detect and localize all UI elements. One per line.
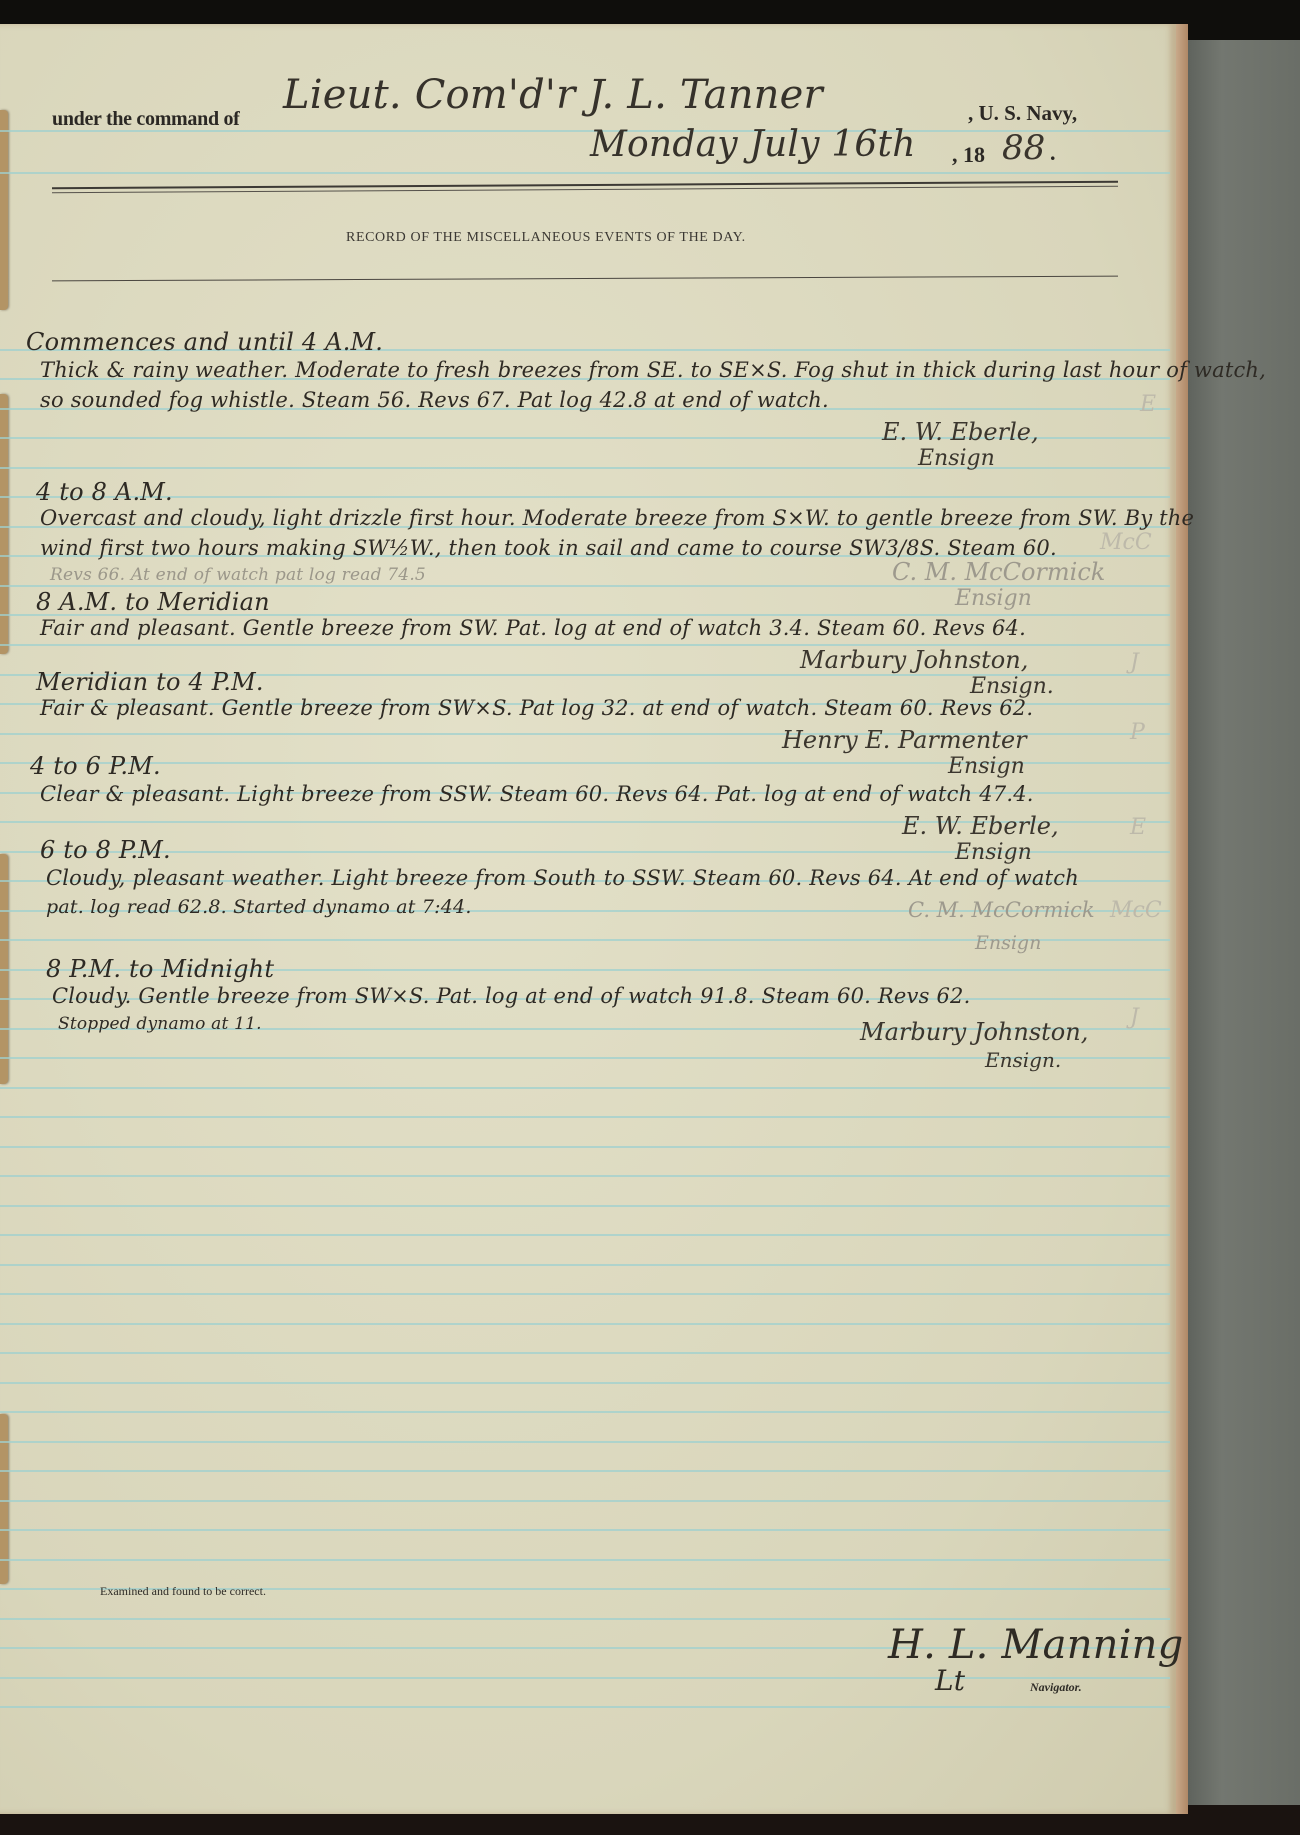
log-line: Clear & pleasant. Light breeze from SSW.… <box>40 782 1034 806</box>
log-line-faint: Revs 66. At end of watch pat log read 74… <box>50 565 426 585</box>
ruled-line <box>0 1559 1170 1561</box>
log-line: so sounded fog whistle. Steam 56. Revs 6… <box>40 388 829 412</box>
log-line: wind first two hours making SW½W., then … <box>40 536 1057 560</box>
year-prefix: , 18 <box>952 142 985 168</box>
ruled-line <box>0 1470 1170 1472</box>
officer-signature: Henry E. Parmenter <box>782 726 1027 754</box>
margin-initial: J <box>1130 1005 1139 1030</box>
ruled-line <box>0 1677 1170 1679</box>
page-edge <box>1176 24 1188 1814</box>
watch-period: 8 P.M. to Midnight <box>46 955 274 983</box>
ruled-line <box>0 172 1170 174</box>
officer-rank: Ensign. <box>985 1048 1061 1072</box>
margin-initial: P <box>1130 720 1145 745</box>
officer-signature: E. W. Eberle, <box>902 812 1059 840</box>
watch-period: Meridian to 4 P.M. <box>36 668 264 696</box>
book-back-cover <box>1188 40 1300 1835</box>
ruled-line <box>0 1441 1170 1443</box>
log-date: Monday July 16th <box>590 124 916 165</box>
ruled-line <box>0 1234 1170 1236</box>
margin-initial: E <box>1140 392 1156 417</box>
date-period: . <box>1050 140 1056 166</box>
officer-signature: C. M. McCormick <box>892 558 1105 586</box>
officer-rank: Ensign <box>948 754 1025 779</box>
log-line: Overcast and cloudy, light drizzle first… <box>40 506 1194 530</box>
ruled-line <box>0 1352 1170 1354</box>
officer-rank: Ensign <box>955 586 1032 611</box>
officer-signature: Marbury Johnston, <box>800 646 1028 674</box>
margin-initial: McC <box>1110 898 1162 923</box>
section-title: RECORD OF THE MISCELLANEOUS EVENTS OF TH… <box>346 230 746 246</box>
command-prefix: under the command of <box>52 108 240 131</box>
watch-period: 6 to 8 P.M. <box>40 836 171 864</box>
log-line: Thick & rainy weather. Moderate to fresh… <box>40 358 1266 382</box>
ruled-line <box>0 1116 1170 1118</box>
binding-tab <box>0 110 8 310</box>
log-line: Cloudy. Gentle breeze from SW×S. Pat. lo… <box>52 984 970 1008</box>
margin-initial: J <box>1130 650 1139 675</box>
ruled-line <box>0 1175 1170 1177</box>
ruled-line <box>0 1293 1170 1295</box>
ruled-line <box>0 1087 1170 1089</box>
margin-initial: E <box>1130 815 1146 840</box>
watch-period: 4 to 6 P.M. <box>30 752 161 780</box>
ruled-line <box>0 1323 1170 1325</box>
ruled-line <box>0 1529 1170 1531</box>
navigator-label: Navigator. <box>1030 1680 1082 1695</box>
officer-rank: Ensign <box>955 840 1032 865</box>
watch-period: 8 A.M. to Meridian <box>36 588 270 616</box>
officer-rank: Ensign <box>918 446 995 471</box>
watch-period: Commences and until 4 A.M. <box>26 328 383 356</box>
ruled-line <box>0 496 1170 498</box>
log-line: Fair & pleasant. Gentle breeze from SW×S… <box>40 696 1033 720</box>
margin-initial: McC <box>1100 530 1152 555</box>
officer-signature: E. W. Eberle, <box>882 418 1039 446</box>
log-line: Stopped dynamo at 11. <box>58 1014 262 1034</box>
log-line: Fair and pleasant. Gentle breeze from SW… <box>40 616 1026 640</box>
examined-statement: Examined and found to be correct. <box>100 1584 266 1599</box>
ruled-line <box>0 1146 1170 1148</box>
officer-signature: C. M. McCormick <box>908 898 1095 922</box>
ruled-line <box>0 1382 1170 1384</box>
log-line: Cloudy, pleasant weather. Light breeze f… <box>46 866 1079 890</box>
navigator-rank: Lt <box>935 1664 965 1697</box>
ruled-line <box>0 1618 1170 1620</box>
ruled-line <box>0 1264 1170 1266</box>
service-label: , U. S. Navy, <box>968 101 1077 126</box>
log-line: pat. log read 62.8. Started dynamo at 7:… <box>46 896 472 918</box>
navigator-signature: H. L. Manning <box>888 1622 1183 1668</box>
ruled-line <box>0 1411 1170 1413</box>
ruled-line <box>0 1205 1170 1207</box>
officer-signature: Marbury Johnston, <box>860 1018 1088 1046</box>
year-handwritten: 88 <box>1002 128 1045 168</box>
watch-period: 4 to 8 A.M. <box>36 478 173 506</box>
commander-name: Lieut. Com'd'r J. L. Tanner <box>283 72 823 118</box>
ruled-line <box>0 1706 1170 1708</box>
officer-rank: Ensign <box>975 932 1041 954</box>
ruled-line <box>0 1500 1170 1502</box>
